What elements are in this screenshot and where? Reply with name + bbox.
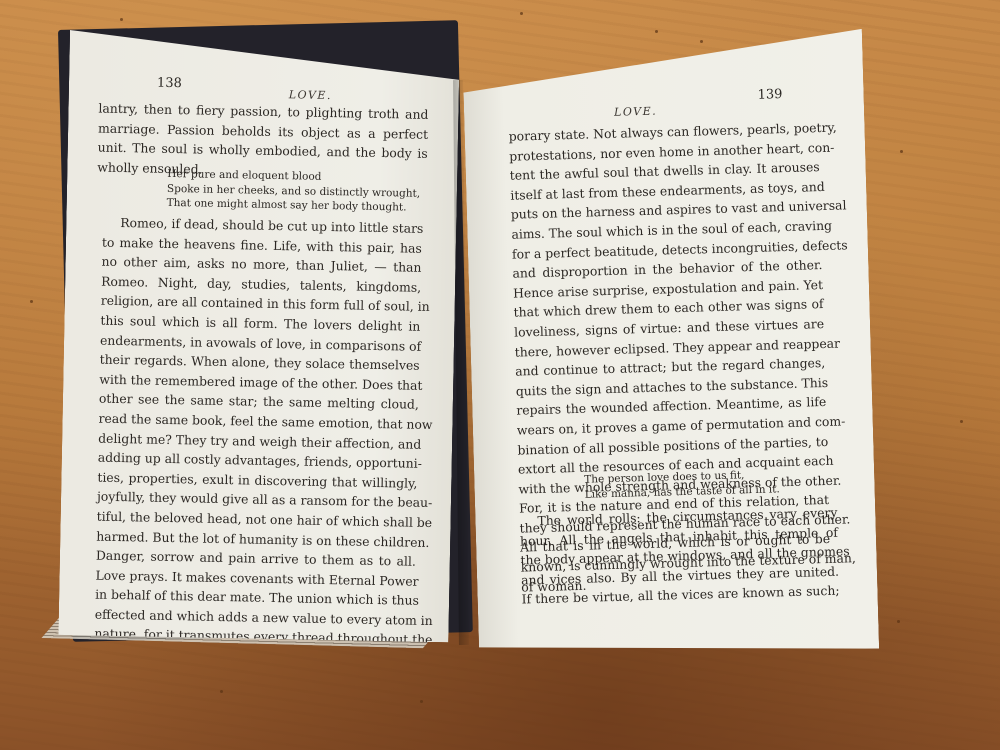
- wood-speck: [897, 620, 900, 623]
- page-number: 139: [757, 87, 782, 103]
- right-page: 139 LOVE. porary state. Not always can f…: [462, 29, 879, 660]
- wood-speck: [900, 150, 903, 153]
- wood-speck: [120, 18, 123, 21]
- running-head: LOVE.: [614, 105, 657, 119]
- wood-speck: [700, 40, 703, 43]
- wood-speck: [30, 300, 33, 303]
- paragraph: Romeo, if dead, should be cut up into li…: [93, 213, 422, 689]
- wood-speck: [420, 700, 423, 703]
- verse-quote: Her pure and eloquent blood Spoke in her…: [167, 167, 421, 215]
- wood-speck: [520, 12, 523, 15]
- left-page: 138 LOVE. lantry, then to fiery passion,…: [58, 30, 460, 642]
- paragraph: The world rolls: the circumstances vary …: [519, 503, 840, 610]
- wood-speck: [960, 420, 963, 423]
- running-head: LOVE.: [289, 88, 332, 102]
- page-number: 138: [157, 76, 182, 91]
- wood-speck: [220, 690, 223, 693]
- verse-quote: The person love does to us fit, Like man…: [584, 467, 780, 501]
- wood-speck: [655, 30, 658, 33]
